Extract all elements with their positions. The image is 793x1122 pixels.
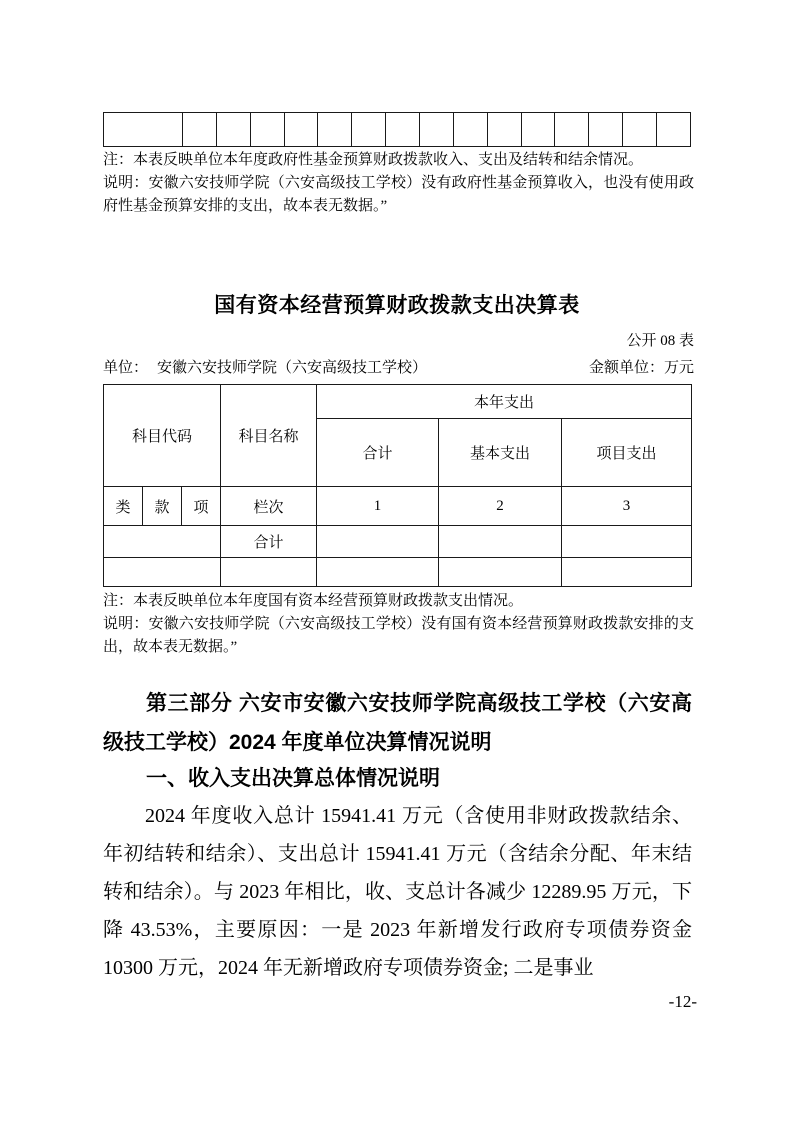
empty-cell [420, 113, 454, 146]
header-subject-name-cell: 科目名称 [221, 385, 317, 487]
empty-cell [589, 113, 623, 146]
gov-fund-note: 注：本表反映单位本年度政府性基金预算财政拨款收入、支出及结转和结余情况。 [103, 149, 694, 172]
soc-table-explanation: 说明：安徽六安技师学院（六安高级技工学校）没有国有资本经营预算财政拨款安排的支出… [103, 613, 694, 659]
empty-cell [522, 113, 556, 146]
section-three-paragraph: 2024 年度收入总计 15941.41 万元（含使用非财政拨款结余、年初结转和… [103, 797, 692, 987]
empty-cell [555, 113, 589, 146]
soc-table-notes: 注：本表反映单位本年度国有资本经营预算财政拨款支出情况。 说明：安徽六安技师学院… [103, 590, 694, 659]
header-total-cell: 合计 [317, 419, 439, 487]
gov-fund-empty-table [103, 112, 691, 147]
row-code-cell [104, 526, 221, 558]
header-project-expenditure-cell: 项目支出 [562, 419, 692, 487]
column-number-cell: 3 [562, 487, 692, 526]
empty-cell [104, 113, 183, 146]
row-project-cell [562, 526, 692, 558]
gov-fund-explanation: 说明：安徽六安技师学院（六安高级技工学校）没有政府性基金预算收入，也没有使用政府… [103, 172, 694, 218]
row-code-cell [104, 558, 221, 587]
page-number: -12- [103, 992, 697, 1012]
empty-cell [251, 113, 285, 146]
empty-cell [488, 113, 522, 146]
row-name-cell [221, 558, 317, 587]
soc-table-title: 国有资本经营预算财政拨款支出决算表 [103, 289, 691, 319]
code-section-cell: 款 [143, 487, 182, 526]
row-project-cell [562, 558, 692, 587]
row-basic-cell [439, 558, 562, 587]
empty-cell [386, 113, 420, 146]
unit-name: 安徽六安技师学院（六安高级技工学校） [157, 360, 427, 376]
table-row [104, 558, 692, 587]
gov-fund-table-notes: 注：本表反映单位本年度政府性基金预算财政拨款收入、支出及结转和结余情况。 说明：… [103, 149, 694, 218]
row-name-cell: 合计 [221, 526, 317, 558]
unit-label: 单位： [103, 360, 148, 376]
soc-table-note: 注：本表反映单位本年度国有资本经营预算财政拨款支出情况。 [103, 590, 694, 613]
table-row: 科目代码 科目名称 本年支出 [104, 385, 692, 419]
empty-cell [454, 113, 488, 146]
header-current-year-expenditure-cell: 本年支出 [317, 385, 692, 419]
column-number-cell: 2 [439, 487, 562, 526]
table-row: 类 款 项 栏次 1 2 3 [104, 487, 692, 526]
table-row: 合计 [104, 526, 692, 558]
row-basic-cell [439, 526, 562, 558]
section-three-heading: 第三部分 六安市安徽六安技师学院高级技工学校（六安高级技工学校）2024 年度单… [103, 684, 692, 762]
column-index-label-cell: 栏次 [221, 487, 317, 526]
column-number-cell: 1 [317, 487, 439, 526]
unit-cell: 单位：安徽六安技师学院（六安高级技工学校） [103, 356, 427, 377]
soc-budget-table: 科目代码 科目名称 本年支出 合计 基本支出 项目支出 类 款 项 栏次 1 2… [103, 384, 692, 587]
document-page: 注：本表反映单位本年度政府性基金预算财政拨款收入、支出及结转和结余情况。 说明：… [0, 0, 793, 1122]
empty-cell [623, 113, 657, 146]
empty-cell [657, 113, 690, 146]
section-three-subheading: 一、收入支出决算总体情况说明 [103, 762, 692, 792]
empty-cell [318, 113, 352, 146]
unit-row: 单位：安徽六安技师学院（六安高级技工学校） 金额单位：万元 [103, 356, 694, 377]
amount-unit-label: 金额单位：万元 [589, 356, 694, 377]
code-item-cell: 项 [182, 487, 221, 526]
empty-cell [285, 113, 319, 146]
header-subject-code-cell: 科目代码 [104, 385, 221, 487]
row-total-cell [317, 526, 439, 558]
empty-cell [183, 113, 217, 146]
empty-cell [217, 113, 251, 146]
code-class-cell: 类 [104, 487, 143, 526]
empty-cell [352, 113, 386, 146]
header-basic-expenditure-cell: 基本支出 [439, 419, 562, 487]
row-total-cell [317, 558, 439, 587]
sheet-number-label: 公开 08 表 [103, 329, 694, 350]
